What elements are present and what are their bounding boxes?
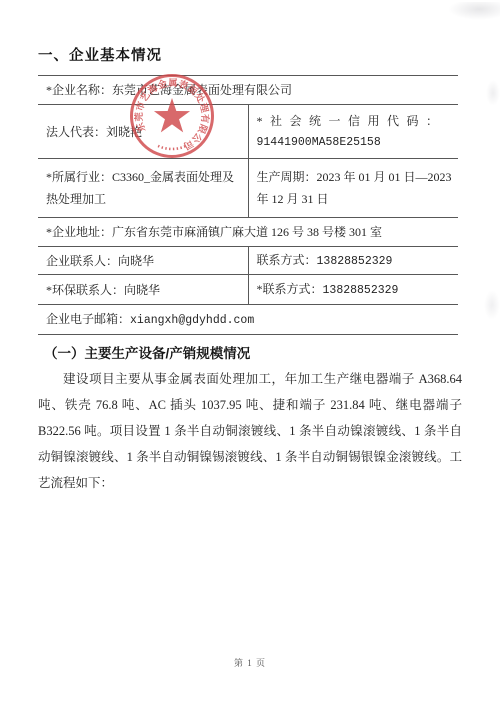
table-row: *企业名称：东莞市艺海金属表面处理有限公司 (38, 76, 458, 105)
env-phone-cell: *联系方式：13828852329 (248, 275, 458, 305)
company-seal: 东莞市艺海金属表面处理有限公司 (112, 56, 232, 176)
svg-text:属: 属 (167, 77, 178, 89)
table-row: 企业电子邮箱：xiangxh@gdyhdd.com (38, 305, 458, 335)
email-value: xiangxh@gdyhdd.com (130, 314, 254, 327)
period-cell: 生产周期：2023 年 01 月 01 日—2023 年 12 月 31 日 (248, 159, 458, 218)
document-page: 一、企业基本情况 *企业名称：东莞市艺海金属表面处理有限公司 法人代表：刘晓艳 … (0, 0, 500, 707)
contact-label: 企业联系人： (46, 254, 118, 268)
legal-rep-label: 法人代表： (46, 125, 106, 139)
scan-artifact (486, 80, 500, 106)
table-row: 企业联系人：向晓华 联系方式：13828852329 (38, 247, 458, 275)
env-contact-label: *环保联系人： (46, 283, 124, 297)
address-cell: *企业地址：广东省东莞市麻涌镇广麻大道 126 号 38 号楼 301 室 (38, 218, 458, 247)
svg-text:理: 理 (197, 102, 210, 114)
env-phone-label: *联系方式： (257, 282, 323, 296)
seal-code-dots (158, 146, 186, 149)
company-name-label: *企业名称： (46, 83, 112, 97)
env-phone-value: 13828852329 (323, 284, 399, 297)
table-row: *企业地址：广东省东莞市麻涌镇广麻大道 126 号 38 号楼 301 室 (38, 218, 458, 247)
contact-value: 向晓华 (118, 254, 154, 268)
table-row: 法人代表：刘晓艳 *社会统一信用代码： 91441900MA58E25158 (38, 105, 458, 159)
star-icon (154, 98, 190, 132)
page-number: 第 1 页 (0, 656, 500, 669)
env-contact-value: 向晓华 (124, 283, 160, 297)
table-row: *环保联系人：向晓华 *联系方式：13828852329 (38, 275, 458, 305)
company-name-cell: *企业名称：东莞市艺海金属表面处理有限公司 (38, 76, 458, 105)
scan-artifact (484, 290, 500, 320)
table-row: *所属行业：C3360_金属表面处理及热处理加工 生产周期：2023 年 01 … (38, 159, 458, 218)
period-label: 生产周期： (257, 170, 317, 184)
email-cell: 企业电子邮箱：xiangxh@gdyhdd.com (38, 305, 458, 335)
section2-title: （一）主要生产设备/产销规模情况 (44, 342, 250, 362)
email-label: 企业电子邮箱： (46, 312, 130, 326)
env-contact-cell: *环保联系人：向晓华 (38, 275, 248, 305)
industry-label: *所属行业： (46, 170, 112, 184)
contact-cell: 企业联系人：向晓华 (38, 247, 248, 275)
scan-artifact (448, 2, 500, 20)
contact-phone-value: 13828852329 (317, 255, 393, 268)
company-info-table: *企业名称：东莞市艺海金属表面处理有限公司 法人代表：刘晓艳 *社会统一信用代码… (38, 75, 458, 335)
credit-code-value: 91441900MA58E25158 (257, 132, 453, 154)
credit-code-label: *社会统一信用代码： (257, 110, 453, 132)
contact-phone-label: 联系方式： (257, 253, 317, 267)
intro-paragraph: 建设项目主要从事金属表面处理加工，年加工生产继电器端子 A368.64 吨、铁壳… (38, 366, 462, 496)
address-value: 广东省东莞市麻涌镇广麻大道 126 号 38 号楼 301 室 (112, 225, 382, 239)
address-label: *企业地址： (46, 225, 112, 239)
contact-phone-cell: 联系方式：13828852329 (248, 247, 458, 275)
credit-code-cell: *社会统一信用代码： 91441900MA58E25158 (248, 105, 458, 159)
